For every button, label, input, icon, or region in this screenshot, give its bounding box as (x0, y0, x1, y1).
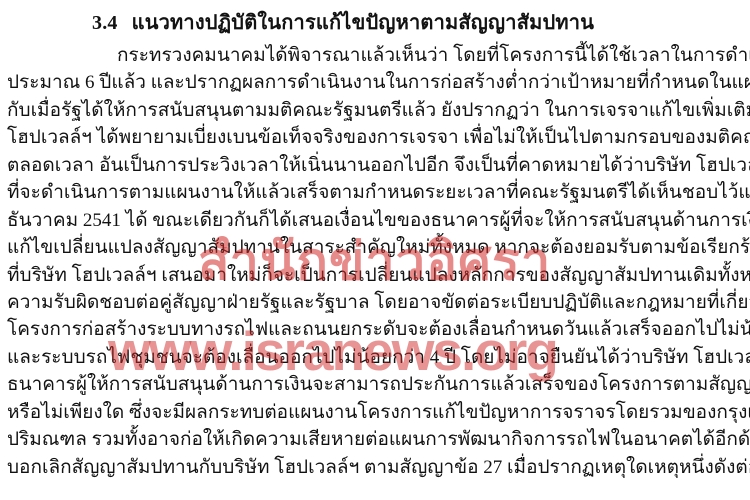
paragraph-line: ธนาคารผู้ให้การสนับสนุนด้านการเงินจะสามา… (7, 371, 748, 398)
paragraph-line: หรือไม่เพียงใด ซึ่งจะมีผลกระทบต่อแผนงานโ… (7, 399, 748, 426)
paragraph-line: โฮปเวลล์ฯ ได้พยายามเบี่ยงเบนข้อเท็จจริงข… (7, 124, 748, 151)
paragraph-line: ความรับผิดชอบต่อคู่สัญญาฝ่ายรัฐและรัฐบาล… (7, 289, 748, 316)
paragraph: กระทรวงคมนาคมได้พิจารณาแล้วเห็นว่า โดยที… (7, 42, 748, 481)
paragraph-line: ธันวาคม 2541 ได้ ขณะเดียวกันก็ได้เสนอเงื… (7, 207, 748, 234)
document-page: 3.4แนวทางปฏิบัติในการแก้ไขปัญหาตามสัญญาส… (0, 0, 750, 500)
paragraph-line: และระบบรถไฟชุมชนจะต้องเลื่อนออกไปไม่น้อย… (7, 344, 748, 371)
section-number: 3.4 (92, 12, 118, 34)
paragraph-line: กับเมื่อรัฐได้ให้การสนับสนุนตามมติคณะรัฐ… (7, 97, 748, 124)
section-heading: 3.4แนวทางปฏิบัติในการแก้ไขปัญหาตามสัญญาส… (92, 6, 594, 38)
paragraph-line: แก้ไขเปลี่ยนแปลงสัญญาสัมปทานในสาระสำคัญใ… (7, 234, 748, 261)
paragraph-line: กระทรวงคมนาคมได้พิจารณาแล้วเห็นว่า โดยที… (7, 42, 748, 69)
section-title: แนวทางปฏิบัติในการแก้ไขปัญหาตามสัญญาสัมป… (132, 12, 594, 34)
paragraph-line: บอกเลิกสัญญาสัมปทานกับบริษัท โฮปเวลล์ฯ ต… (7, 454, 748, 481)
paragraph-line: ปริมณฑล รวมทั้งอาจก่อให้เกิดความเสียหายต… (7, 426, 748, 453)
paragraph-line: ตลอดเวลา อันเป็นการประวิงเวลาให้เนิ่นนาน… (7, 152, 748, 179)
paragraph-line: โครงการก่อสร้างระบบทางรถไฟและถนนยกระดับจ… (7, 316, 748, 343)
paragraph-line: ประมาณ 6 ปีแล้ว และปรากฏผลการดำเนินงานใน… (7, 69, 748, 96)
paragraph-line: ที่บริษัท โฮปเวลล์ฯ เสนอมาใหม่ก็จะเป็นกา… (7, 262, 748, 289)
paragraph-line: ที่จะดำเนินการตามแผนงานให้แล้วเสร็จตามกำ… (7, 179, 748, 206)
